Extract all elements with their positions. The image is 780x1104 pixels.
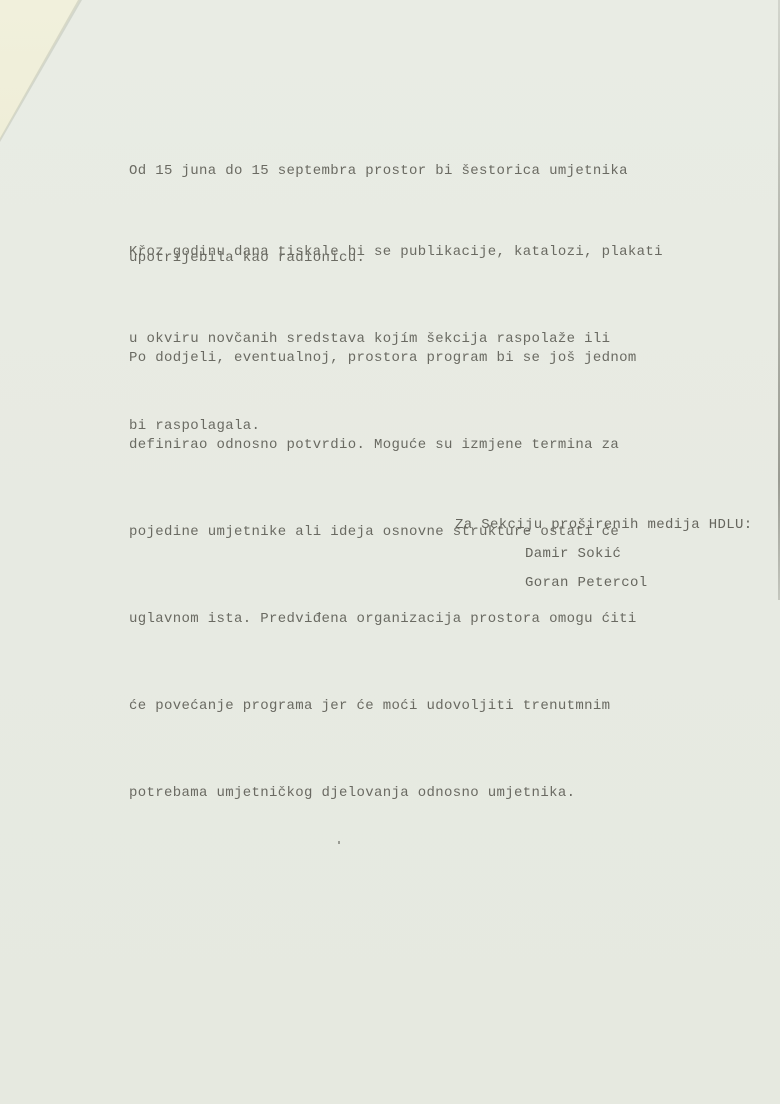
text-line: definirao odnosno potvrdio. Moguće su iz… xyxy=(129,431,637,460)
text-line: uglavnom ista. Predviđena organizacija p… xyxy=(129,605,637,634)
signatory-name: Damir Sokić xyxy=(525,540,621,569)
document-page: Od 15 juna do 15 septembra prostor bi še… xyxy=(0,0,780,1104)
signatory-name: Goran Petercol xyxy=(525,569,648,598)
text-line: potrebama umjetničkog djelovanja odnosno… xyxy=(129,779,637,808)
text-line: Po dodjeli, eventualnoj, prostora progra… xyxy=(129,344,637,373)
paper-speck xyxy=(338,841,340,844)
signature-organization: Za Sekciju proširenih medija HDLU: xyxy=(455,511,753,540)
text-line: će povećanje programa jer će moći udovol… xyxy=(129,692,637,721)
text-line: Křoz godinu dana tiskale bi se publikaci… xyxy=(129,238,663,267)
